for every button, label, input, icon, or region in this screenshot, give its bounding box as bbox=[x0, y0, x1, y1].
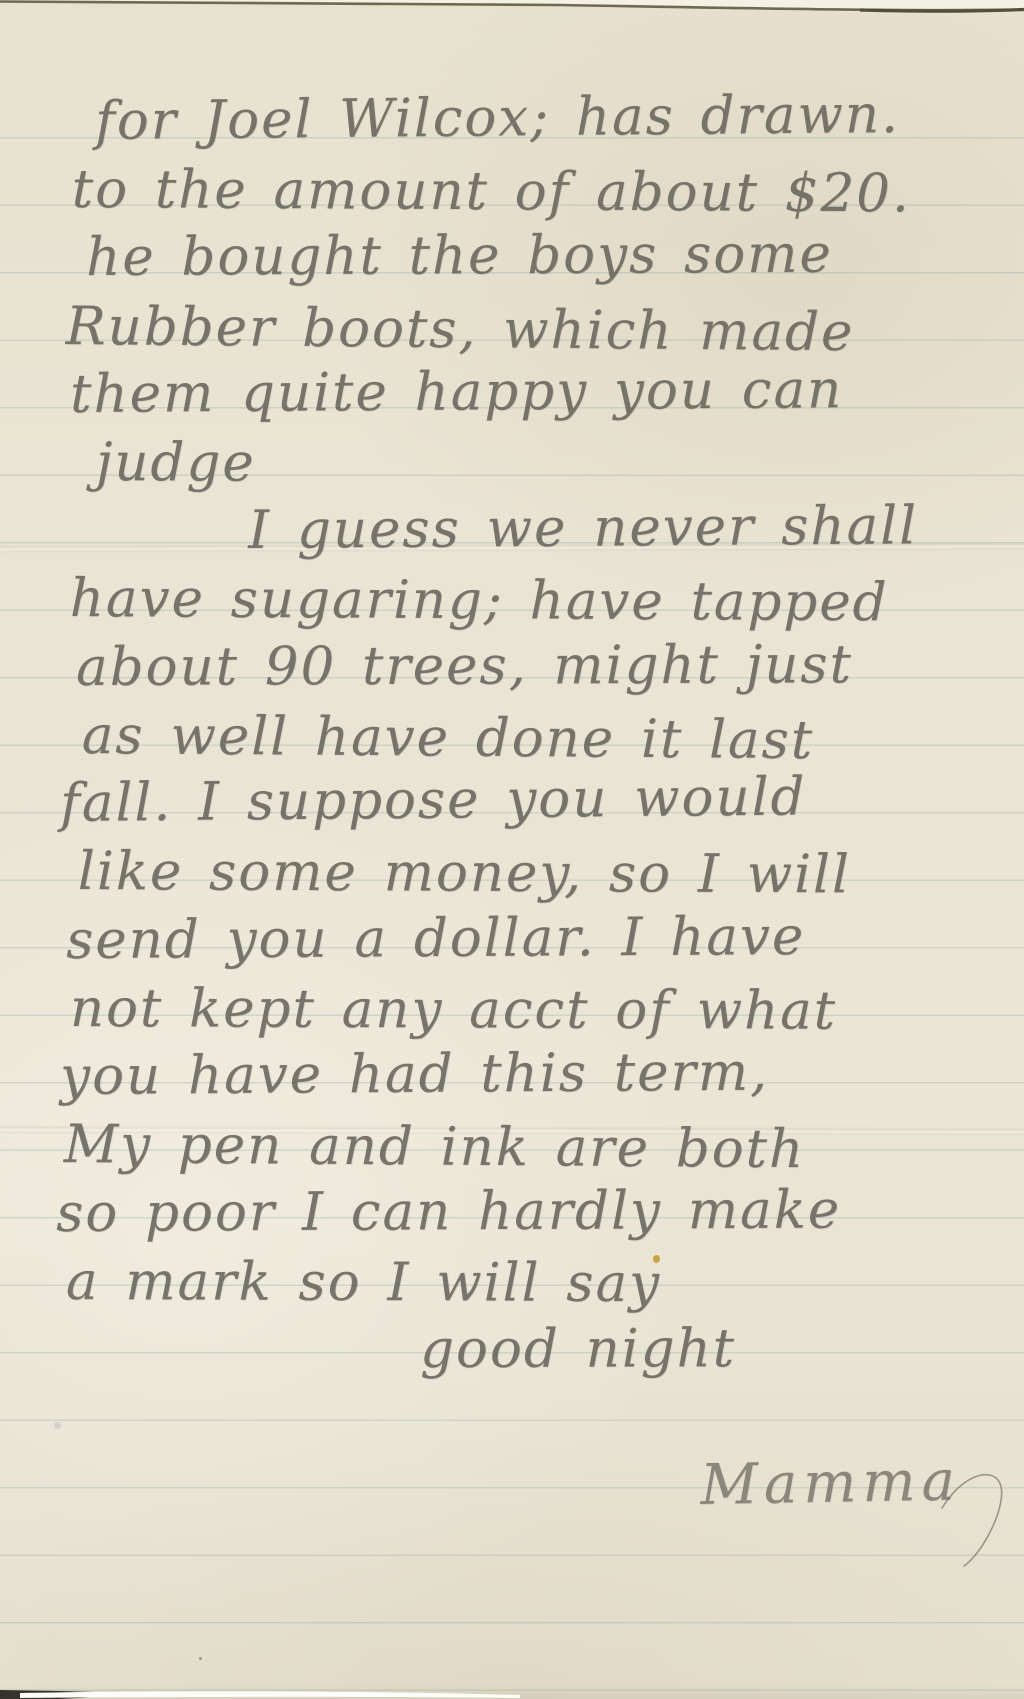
handwriting-line: like some money, so I will bbox=[78, 845, 851, 901]
handwriting-line: you have had this term, bbox=[60, 1046, 769, 1103]
handwriting-line: judge bbox=[96, 436, 256, 490]
handwriting-line: about 90 trees, might just bbox=[76, 638, 853, 694]
handwriting-line: to the amount of about $20. bbox=[72, 163, 911, 220]
handwriting-line: I guess we never shall bbox=[248, 499, 918, 557]
paper-speck bbox=[199, 1657, 202, 1660]
handwriting-line: them quite happy you can bbox=[70, 363, 843, 421]
handwriting-line: a mark so I will say bbox=[66, 1255, 661, 1310]
handwriting-line: send you a dollar. I have bbox=[66, 910, 805, 967]
handwriting-line: fall. I suppose you would bbox=[60, 770, 807, 830]
handwriting-line: My pen and ink are both bbox=[64, 1118, 806, 1176]
handwriting-line: good night bbox=[420, 1322, 736, 1376]
paper-blemish bbox=[54, 1422, 61, 1429]
bottom-page-shading bbox=[0, 1683, 1024, 1699]
handwriting-line: Rubber boots, which made bbox=[66, 300, 855, 359]
handwriting-line: so poor I can hardly make bbox=[56, 1184, 841, 1240]
handwriting-line: have sugaring; have tapped bbox=[70, 572, 889, 629]
scanned-letter-page: for Joel Wilcox; has drawn.to the amount… bbox=[0, 0, 1024, 1699]
signature: Mamma bbox=[700, 1453, 961, 1514]
handwriting-line: not kept any acct of what bbox=[70, 982, 837, 1038]
handwriting-line: as well have done it last bbox=[82, 709, 815, 767]
handwriting-line: he bought the boys some bbox=[86, 228, 833, 284]
handwriting-line: for Joel Wilcox; has drawn. bbox=[95, 88, 900, 148]
yellow-ink-fleck bbox=[653, 1255, 660, 1263]
